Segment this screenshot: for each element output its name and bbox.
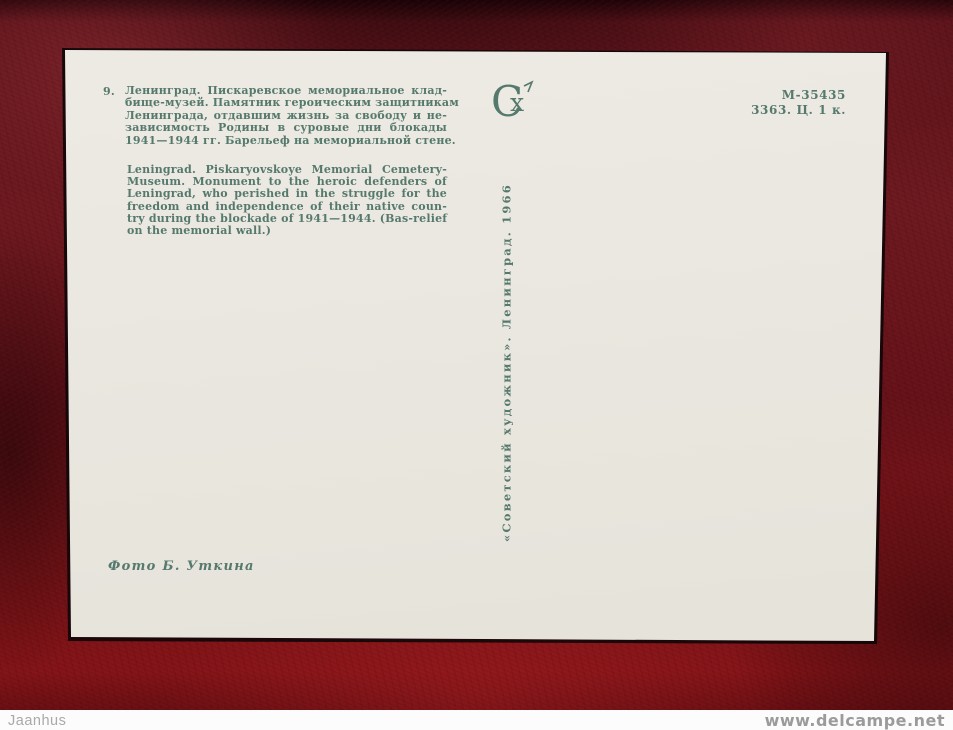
photo-scene: 9. Ленинград. Пискаревское мемориальное … xyxy=(0,0,953,730)
item-number: 9. xyxy=(103,85,115,98)
print-code: М-35435 xyxy=(700,88,846,103)
photo-credit: Фото Б. Уткина xyxy=(108,559,255,574)
watermark-site: www.delcampe.net xyxy=(765,711,945,730)
monogram-letter-x: х xyxy=(510,88,524,117)
watermark-seller: Jaanhus xyxy=(8,713,66,729)
caption-line: зависимость Родины в суровые дни блокады xyxy=(125,122,447,134)
publisher-monogram-icon: С х xyxy=(491,76,541,126)
publisher-imprint-vertical: «Советский художник». Ленинград. 1966 xyxy=(500,167,515,559)
watermark-strip: Jaanhus www.delcampe.net xyxy=(0,710,953,730)
caption-line: freedom and independence of their native… xyxy=(127,201,447,213)
caption-line: бище-музей. Памятник героическим защитни… xyxy=(125,97,447,109)
monogram-arrow xyxy=(524,82,532,92)
caption-line: Leningrad, who perished in the struggle … xyxy=(127,188,447,200)
caption-russian: Ленинград. Пискаревское мемориальное кла… xyxy=(125,85,447,147)
print-codes: М-35435 3363. Ц. 1 к. xyxy=(700,88,846,117)
edition-price: 3363. Ц. 1 к. xyxy=(700,103,846,118)
caption-line: on the memorial wall.) xyxy=(127,225,447,237)
caption-english: Leningrad. Piskaryovskoye Memorial Cemet… xyxy=(127,164,447,237)
caption-line: 1941—1944 гг. Барельеф на мемориальной с… xyxy=(125,135,447,147)
